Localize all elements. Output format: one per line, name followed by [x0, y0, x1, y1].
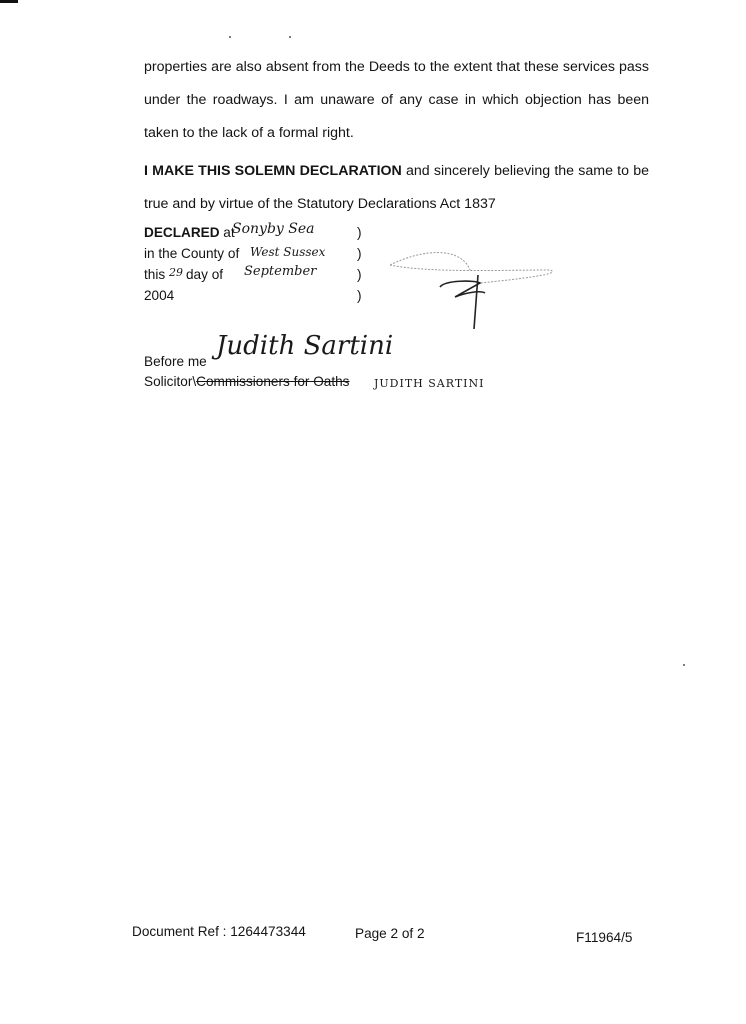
paragraph-solemn-declaration: I MAKE THIS SOLEMN DECLARATION and since…: [144, 155, 649, 221]
paragraph-text: and sincerely believing the same to be: [402, 163, 649, 179]
paragraph-line: under the roadways. I am unaware of any …: [144, 84, 649, 117]
handwritten-place: Sonyby Sea: [232, 219, 315, 240]
paragraph-line: taken to the lack of a formal right.: [144, 117, 649, 150]
day-of-label: day of: [186, 264, 223, 285]
date-row: this 29 day of September ): [144, 264, 239, 285]
role-row: Solicitor\Commissioners for Oaths JUDITH…: [144, 372, 349, 392]
county-row: in the County of West Sussex ): [144, 243, 239, 264]
paragraph-line: I MAKE THIS SOLEMN DECLARATION and since…: [144, 155, 649, 188]
scanned-document-page: properties are also absent from the Deed…: [0, 0, 746, 1024]
bracket: ): [357, 222, 362, 243]
document-reference: Document Ref : 1264473344: [132, 924, 306, 939]
scan-speck: [229, 36, 231, 38]
year-row: 2004 ): [144, 285, 239, 306]
handwritten-day: 29: [169, 262, 183, 283]
handwritten-county: West Sussex: [250, 242, 325, 263]
paragraph-line: properties are also absent from the Deed…: [144, 51, 649, 84]
bracket: ): [357, 243, 362, 264]
declared-at-row: DECLARED at Sonyby Sea ): [144, 222, 239, 243]
witness-printed-name: JUDITH SARTINI: [374, 374, 485, 394]
struck-role: Commissioners for Oaths: [196, 374, 349, 389]
paragraph-line: true and by virtue of the Statutory Decl…: [144, 188, 649, 221]
page-number: Page 2 of 2: [355, 926, 425, 941]
witness-block: Before me Judith Sartini Solicitor\Commi…: [144, 352, 349, 392]
form-code: F11964/5: [576, 930, 632, 945]
county-label: in the County of: [144, 246, 239, 261]
scan-corner-mark: [0, 0, 18, 3]
paragraph-easements: properties are also absent from the Deed…: [144, 51, 649, 150]
bracket: ): [357, 264, 362, 285]
bracket: ): [357, 285, 362, 306]
handwritten-month: September: [244, 261, 316, 282]
solemn-declaration-heading: I MAKE THIS SOLEMN DECLARATION: [144, 163, 402, 179]
scan-speck: [289, 36, 291, 38]
declaration-block: DECLARED at Sonyby Sea ) in the County o…: [144, 222, 239, 306]
witness-signature: Judith Sartini: [216, 336, 393, 356]
before-me-row: Before me Judith Sartini: [144, 352, 349, 372]
role-prefix: Solicitor\: [144, 374, 196, 389]
scan-speck: [683, 664, 685, 666]
this-label: this: [144, 267, 165, 282]
declarant-signature: [390, 245, 560, 335]
year-label: 2004: [144, 288, 174, 303]
before-me-label: Before me: [144, 354, 207, 369]
declared-label: DECLARED: [144, 225, 220, 240]
